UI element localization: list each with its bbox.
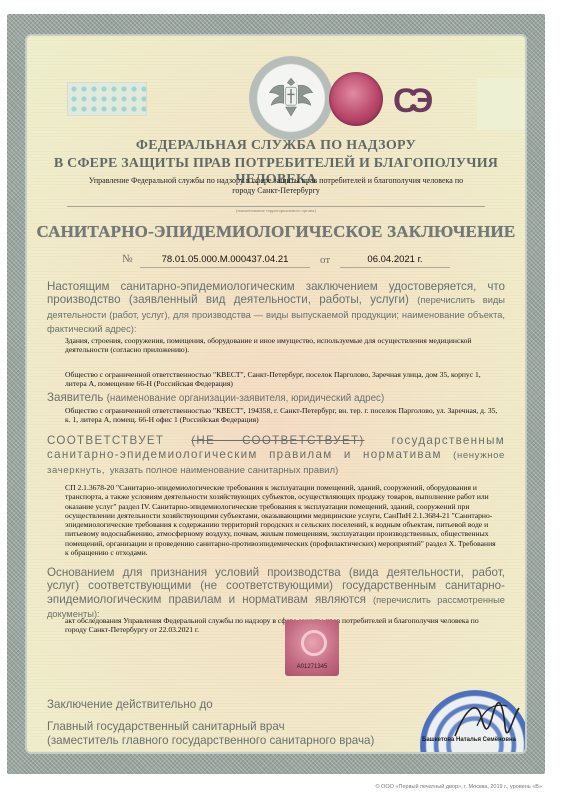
document-number: 78.01.05.000.М.000437.04.21 (140, 254, 310, 268)
signer-name: Башкетова Наталья Семёновна (422, 737, 516, 743)
valid-until-label: Заключение действительно до (47, 698, 213, 711)
certificate-paper: СЭ ФЕДЕРАЛЬНАЯ СЛУЖБА ПО НАДЗОРУ В СФЕРЕ… (25, 34, 527, 754)
blank-corner-box (477, 78, 527, 130)
document-date: 06.04.2021 г. (340, 254, 450, 268)
hologram-serial: А01271345 (297, 664, 328, 670)
basis-statement: Основанием для признания условий произво… (47, 566, 505, 622)
document-number-row: № 78.01.05.000.М.000437.04.21 от 06.04.2… (122, 254, 452, 268)
hologram-logo-icon (301, 630, 327, 656)
number-label: № (122, 253, 133, 265)
certificate-border: СЭ ФЕДЕРАЛЬНАЯ СЛУЖБА ПО НАДЗОРУ В СФЕРЕ… (7, 14, 545, 774)
hologram-seal (329, 72, 383, 126)
basis-documents: акт обследования Управления Федеральной … (65, 616, 499, 635)
security-pattern (67, 82, 147, 116)
applicant-hint: (наименование организации-заявителя, юри… (107, 393, 385, 404)
se-logo: СЭ (393, 86, 449, 116)
object-address: Общество с ограниченной ответственностью… (65, 370, 499, 389)
divider (67, 206, 485, 207)
territorial-body: Управление Федеральной службы по надзору… (77, 176, 475, 196)
applicant-label: Заявитель (47, 391, 103, 404)
document-title: САНИТАРНО-ЭПИДЕМИОЛОГИЧЕСКОЕ ЗАКЛЮЧЕНИЕ (27, 222, 525, 242)
signer-title-line2: (заместитель главного государственного с… (47, 734, 374, 748)
territorial-caption: (наименование территориального органа) (27, 208, 525, 213)
certifies-intro: Настоящим санитарно-эпидемиологическим з… (47, 280, 505, 337)
coat-of-arms-emblem (249, 56, 333, 140)
conformity-hint2: указать полное наименование санитарных п… (110, 465, 339, 476)
conforms-text: СООТВЕТСТВУЕТ (47, 434, 164, 447)
agency-title-line1: ФЕДЕРАЛЬНАЯ СЛУЖБА ПО НАДЗОРУ (27, 138, 525, 154)
double-headed-eagle-icon (264, 71, 318, 125)
valid-until: Заключение действительно до (47, 698, 213, 711)
signer-title: Главный государственный санитарный врач … (47, 720, 374, 748)
applicant-label-row: Заявитель (наименование организации-заяв… (47, 391, 505, 405)
conformity-statement: СООТВЕТСТВУЕТ (НЕ СООТВЕТСТВУЕТ) государ… (47, 434, 505, 477)
hologram-sticker: А01271345 (285, 620, 339, 676)
activity-value: Здания, строения, сооружения, помещения,… (65, 336, 499, 355)
not-conforms-struck: (НЕ СООТВЕТСТВУЕТ) (191, 434, 364, 447)
date-label: от (320, 254, 330, 266)
applicant-value: Общество с ограниченной ответственностью… (65, 406, 499, 425)
printer-imprint: © ООО «Первый печатный двор», г. Москва,… (376, 784, 542, 790)
sanitary-rules: СП 2.1.3678-20 "Санитарно-эпидемиологиче… (65, 483, 499, 557)
signer-title-line1: Главный государственный санитарный врач (47, 720, 374, 734)
